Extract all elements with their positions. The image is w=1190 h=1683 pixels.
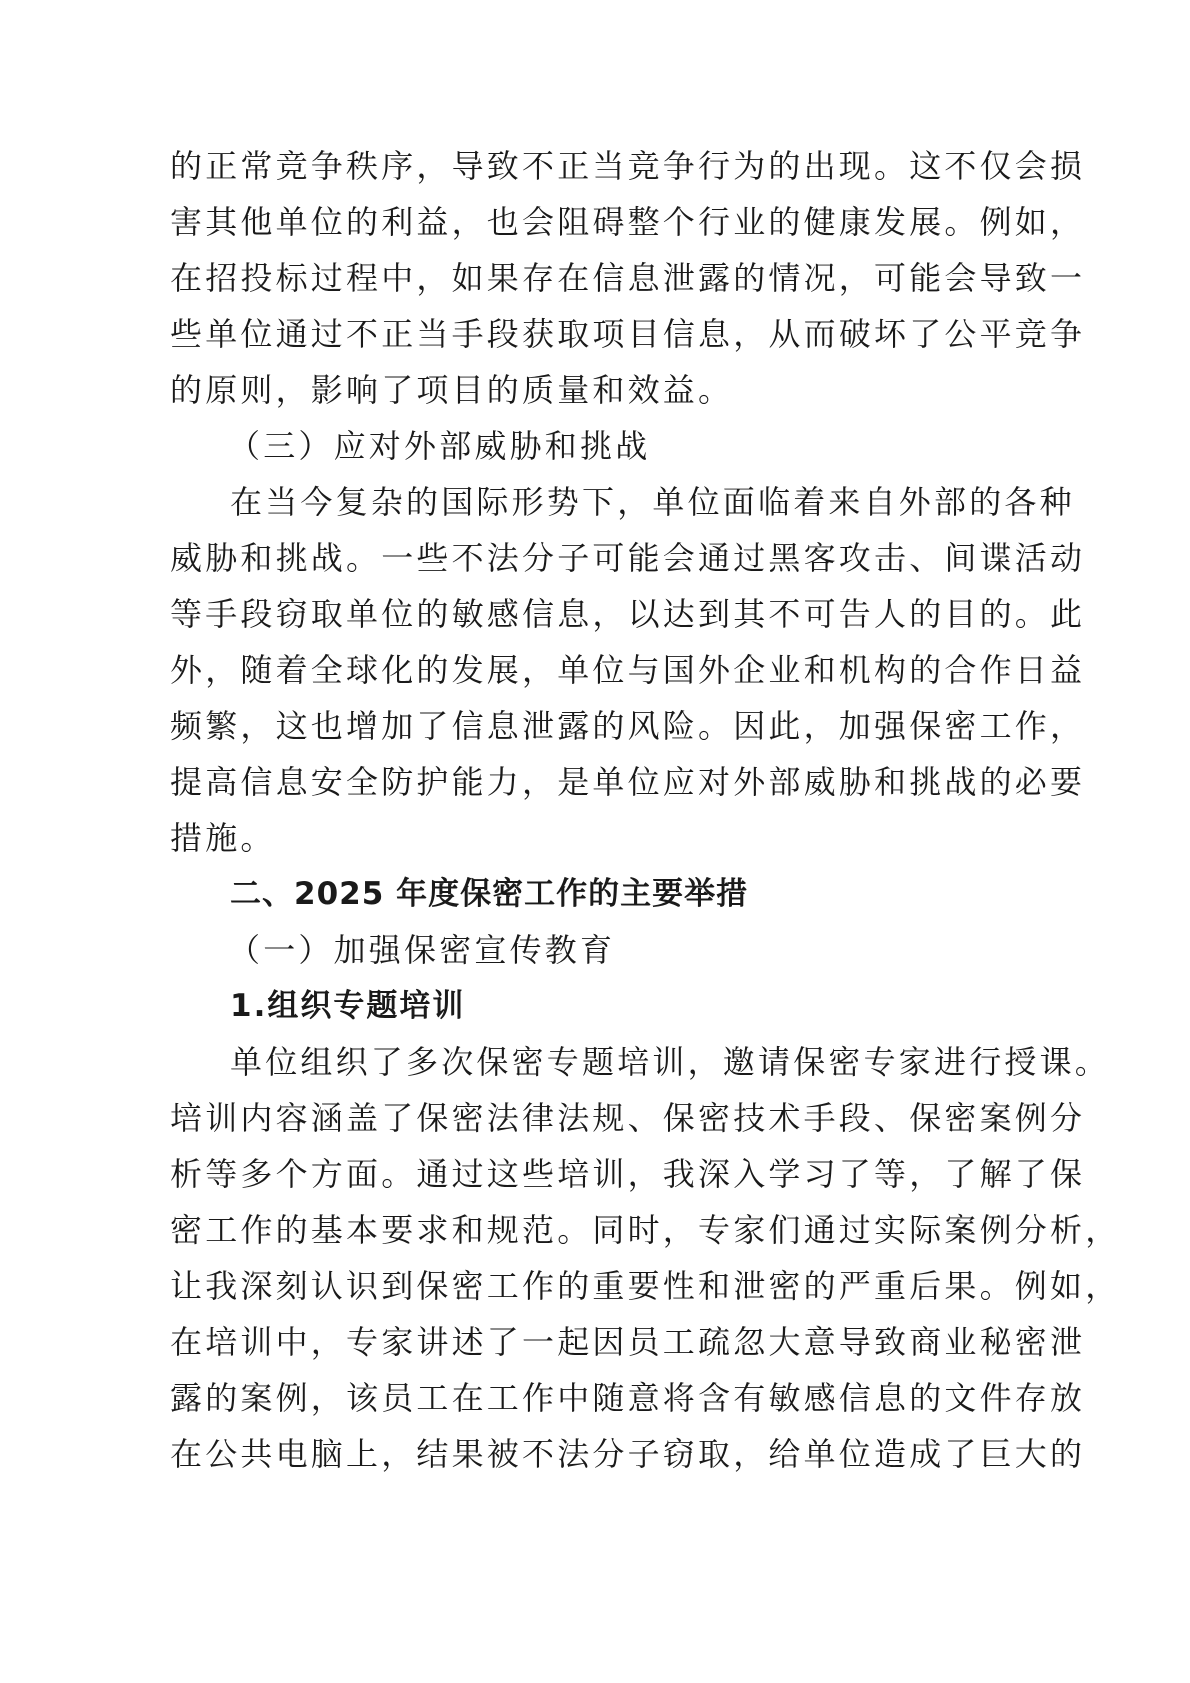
- document-page: 的正常竞争秩序，导致不正当竞争行为的出现。这不仅会损 害其他单位的利益，也会阻碍…: [0, 0, 1190, 1683]
- body-text-line: 露的案例，该员工在工作中随意将含有敏感信息的文件存放: [170, 1370, 1085, 1426]
- body-text-line: 害其他单位的利益，也会阻碍整个行业的健康发展。例如，: [170, 194, 1085, 250]
- paragraph-first-line: 在当今复杂的国际形势下，单位面临着来自外部的各种: [230, 474, 1075, 530]
- body-text-line: 在公共电脑上，结果被不法分子窃取，给单位造成了巨大的: [170, 1426, 1085, 1482]
- section-subheading: （一）加强保密宣传教育: [228, 922, 615, 978]
- section-heading: 二、2025 年度保密工作的主要举措: [230, 866, 748, 922]
- body-text-line: 外，随着全球化的发展，单位与国外企业和机构的合作日益: [170, 642, 1085, 698]
- body-text-line: 些单位通过不正当手段获取项目信息，从而破坏了公平竞争: [170, 306, 1085, 362]
- body-text-line: 的正常竞争秩序，导致不正当竞争行为的出现。这不仅会损: [170, 138, 1085, 194]
- paragraph-first-line: 单位组织了多次保密专题培训，邀请保密专家进行授课。: [230, 1034, 1110, 1090]
- body-text-line: 提高信息安全防护能力，是单位应对外部威胁和挑战的必要: [170, 754, 1085, 810]
- body-text-line: 在招投标过程中，如果存在信息泄露的情况，可能会导致一: [170, 250, 1085, 306]
- body-text-line: 析等多个方面。通过这些培训，我深入学习了等，了解了保: [170, 1146, 1085, 1202]
- body-text-line: 让我深刻认识到保密工作的重要性和泄密的严重后果。例如，: [170, 1258, 1120, 1314]
- body-text-line: 密工作的基本要求和规范。同时，专家们通过实际案例分析，: [170, 1202, 1120, 1258]
- section-subheading: （三）应对外部威胁和挑战: [228, 418, 650, 474]
- body-text-line: 等手段窃取单位的敏感信息，以达到其不可告人的目的。此: [170, 586, 1085, 642]
- body-text-line: 的原则，影响了项目的质量和效益。: [170, 362, 733, 418]
- item-heading: 1.组织专题培训: [230, 978, 465, 1034]
- body-text-line: 措施。: [170, 810, 276, 866]
- body-text-line: 在培训中，专家讲述了一起因员工疏忽大意导致商业秘密泄: [170, 1314, 1085, 1370]
- body-text-line: 培训内容涵盖了保密法律法规、保密技术手段、保密案例分: [170, 1090, 1085, 1146]
- body-text-line: 威胁和挑战。一些不法分子可能会通过黑客攻击、间谍活动: [170, 530, 1085, 586]
- body-text-line: 频繁，这也增加了信息泄露的风险。因此，加强保密工作，: [170, 698, 1085, 754]
